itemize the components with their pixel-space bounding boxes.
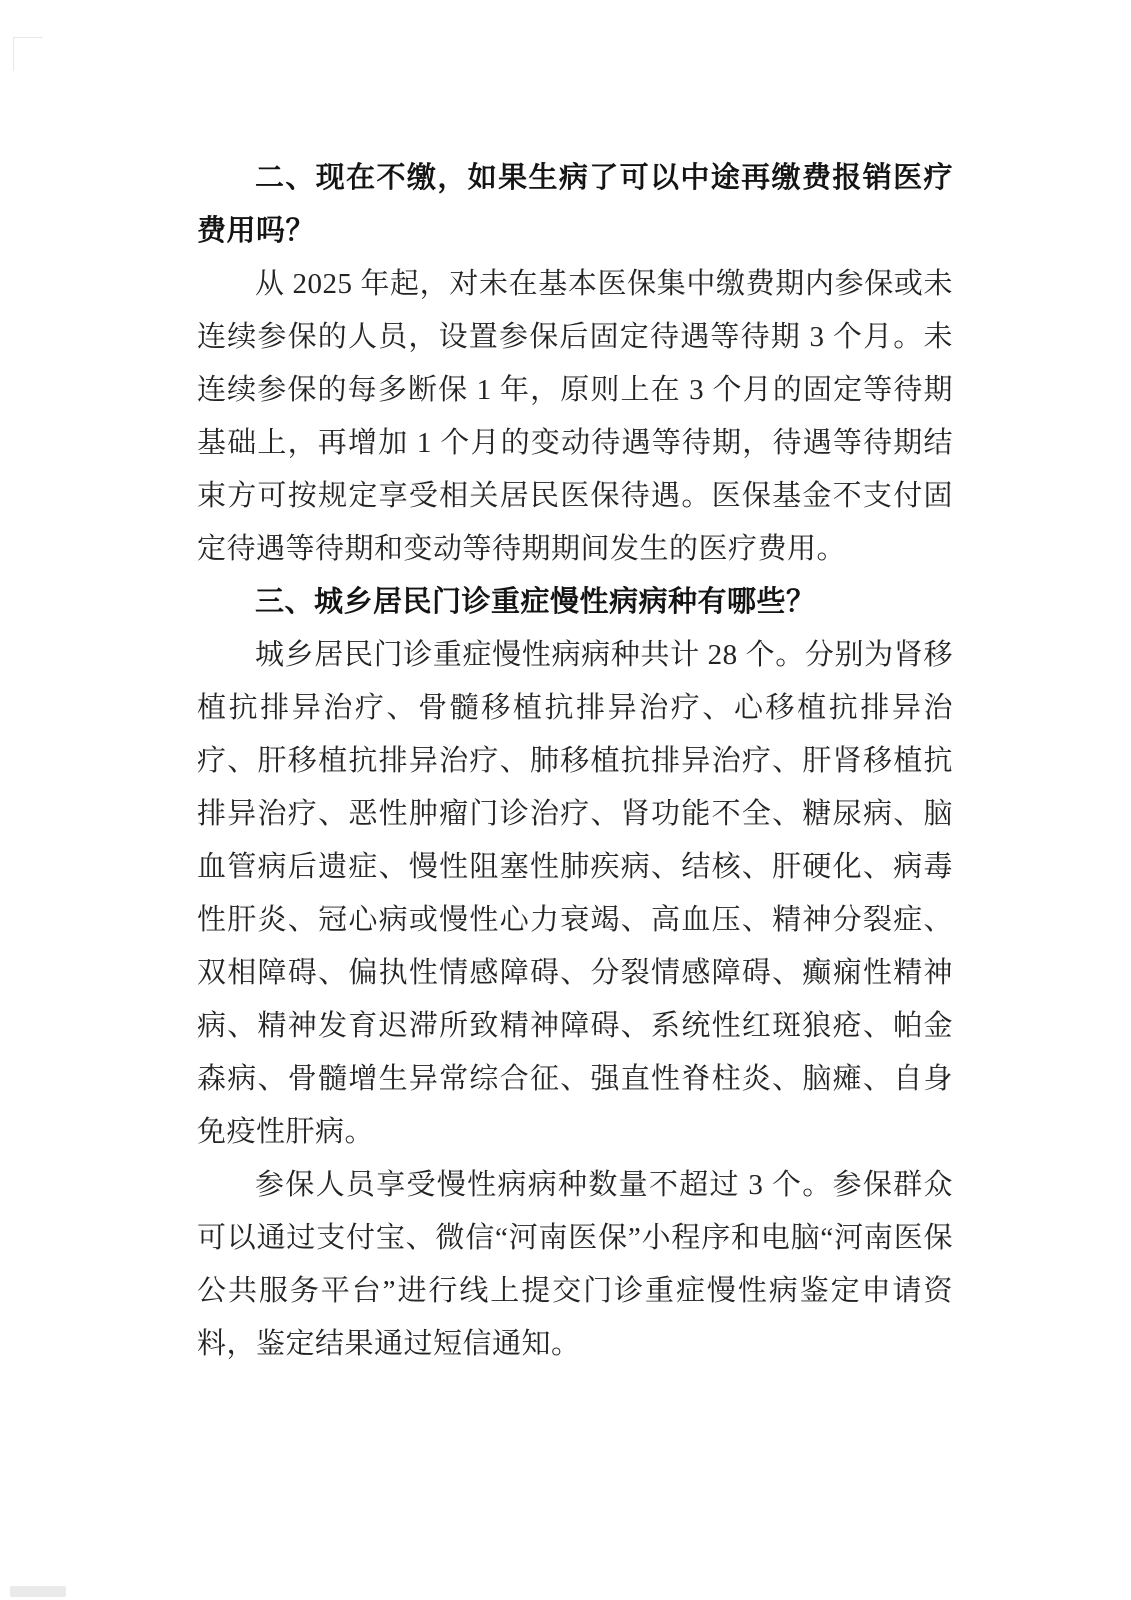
scan-smudge-artifact <box>10 1586 66 1597</box>
document-text-block: 二、现在不缴，如果生病了可以中途再缴费报销医疗费用吗？ 从 2025 年起，对未… <box>197 152 953 1371</box>
answer-paragraph-waiting-period: 从 2025 年起，对未在基本医保集中缴费期内参保或未连续参保的人员，设置参保后… <box>197 258 953 576</box>
scan-edge-artifact <box>13 37 14 71</box>
question-heading-2: 二、现在不缴，如果生病了可以中途再缴费报销医疗费用吗？ <box>197 152 953 258</box>
answer-paragraph-disease-list: 城乡居民门诊重症慢性病病种共计 28 个。分别为肾移植抗排异治疗、骨髓移植抗排异… <box>197 629 953 1159</box>
question-heading-3: 三、城乡居民门诊重症慢性病病种有哪些？ <box>197 576 953 629</box>
scanned-document-page: 二、现在不缴，如果生病了可以中途再缴费报销医疗费用吗？ 从 2025 年起，对未… <box>0 0 1131 1600</box>
scan-edge-artifact <box>13 37 43 38</box>
answer-paragraph-application-channels: 参保人员享受慢性病病种数量不超过 3 个。参保群众可以通过支付宝、微信“河南医保… <box>197 1159 953 1371</box>
